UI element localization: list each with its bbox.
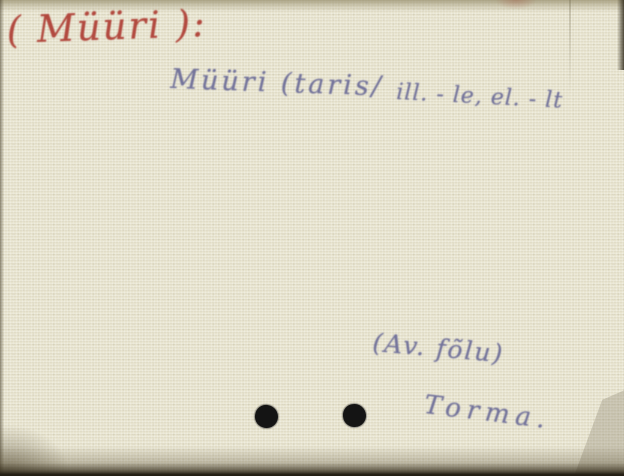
punch-hole-left	[254, 404, 280, 430]
entry-grammar-notes: ill. - le, el. - lt	[396, 80, 564, 114]
source-note-handwriting: (Av. fõlu)	[371, 328, 505, 368]
right-crease-shadow	[569, 0, 571, 95]
punch-hole-right	[342, 403, 367, 428]
card-right-edge-shadow	[617, 0, 624, 70]
scanned-index-card: ( Müüri ): Müüri (taris/ ill. - le, el. …	[0, 0, 624, 476]
card-bottom-edge-shadow	[0, 446, 624, 476]
top-edge-red-smudge	[496, 0, 536, 9]
card-heading-red: ( Müüri ):	[6, 2, 207, 52]
bottom-left-smudge	[0, 424, 70, 476]
entry-name-handwriting: Müüri (taris/	[170, 64, 384, 102]
card-left-edge-shadow	[0, 0, 4, 476]
parish-name-handwriting: Torma.	[422, 390, 553, 435]
